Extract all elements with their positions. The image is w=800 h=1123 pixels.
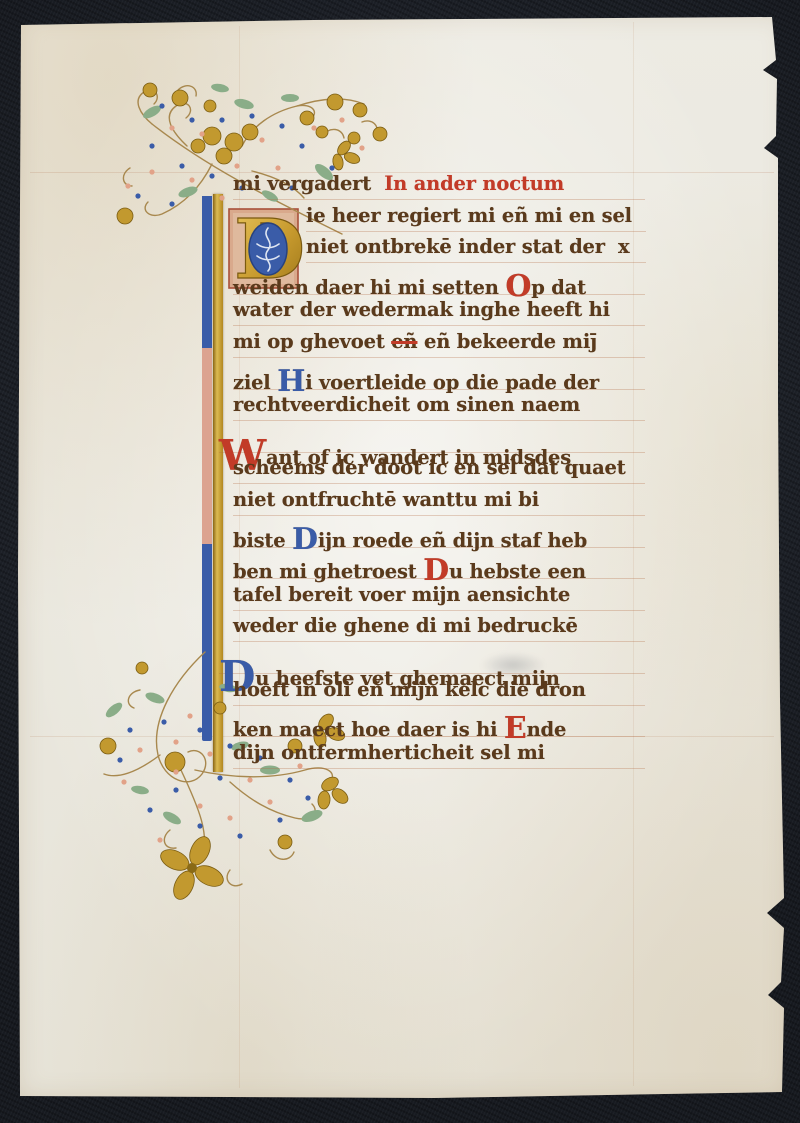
- body-text: eñ: [391, 330, 417, 353]
- body-text: mi op ghevoet: [233, 330, 391, 353]
- text-block: mi vergadert In ander noctumie heer regi…: [0, 0, 800, 1123]
- body-text: ziel: [233, 371, 277, 394]
- body-text: dijn ontfermherticheit sel mi: [233, 741, 545, 764]
- body-text: niet ontfruchtē wanttu mi bi: [233, 488, 539, 511]
- text-line: ken maect hoe daer is hi Ende: [233, 709, 645, 741]
- text-line: mi vergadert In ander noctum: [233, 172, 645, 204]
- text-line: Want of ic wandert in midsdes: [219, 425, 645, 457]
- body-text: weder die ghene di mi bedruckē: [233, 614, 578, 637]
- text-line: weder die ghene di mi bedruckē: [233, 614, 645, 646]
- body-text: p dat: [531, 276, 586, 299]
- body-text: scheems der doot ic en sel dat quaet: [233, 456, 626, 479]
- body-text: tafel bereit voer mijn aensichte: [233, 583, 570, 606]
- body-text: ben mi ghetroest: [233, 560, 423, 583]
- text-line: scheems der doot ic en sel dat quaet: [233, 456, 645, 488]
- rubric-text: In ander noctum: [384, 172, 564, 195]
- body-text: nde: [527, 718, 567, 741]
- body-text: biste: [233, 529, 292, 552]
- text-line: niet ontbrekē inder stat der x: [306, 235, 646, 267]
- text-line: rechtveerdicheit om sinen naem: [233, 393, 645, 425]
- body-text: ijn roede eñ dijn staf heb: [318, 529, 587, 552]
- text-line: water der wedermak inghe heeft hi: [233, 298, 645, 330]
- body-text: weiden daer hi mi setten: [233, 276, 505, 299]
- text-line: ben mi ghetroest Du hebste een: [233, 551, 645, 583]
- body-text: water der wedermak inghe heeft hi: [233, 298, 610, 321]
- text-line: dijn ontfermherticheit sel mi: [233, 741, 645, 773]
- text-line: tafel bereit voer mijn aensichte: [233, 583, 645, 615]
- text-line: ie heer regiert mi eñ mi en sel: [306, 204, 646, 236]
- text-line: weiden daer hi mi setten Op dat: [233, 267, 645, 299]
- body-text: rechtveerdicheit om sinen naem: [233, 393, 580, 416]
- text-line: hoeft in oli eñ mijn kelc die dron: [233, 678, 645, 710]
- body-text: i voertleide op die pade der: [305, 371, 599, 394]
- text-line: Du heefste vet ghemaect mijn: [219, 646, 645, 678]
- body-text: u hebste een: [449, 560, 586, 583]
- body-text: ie heer regiert mi eñ mi en sel: [306, 204, 632, 227]
- text-line: mi op ghevoet eñ eñ bekeerde mij̄: [233, 330, 645, 362]
- text-line: niet ontfruchtē wanttu mi bi: [233, 488, 645, 520]
- text-line: biste Dijn roede eñ dijn staf heb: [233, 520, 645, 552]
- body-text: niet ontbrekē inder stat der x: [306, 235, 629, 258]
- body-text: mi vergadert: [233, 172, 384, 195]
- text-line: ziel Hi voertleide op die pade der: [233, 362, 645, 394]
- body-text: hoeft in oli eñ mijn kelc die dron: [233, 678, 586, 701]
- body-text: eñ bekeerde mij̄: [417, 330, 597, 353]
- body-text: ken maect hoe daer is hi: [233, 718, 504, 741]
